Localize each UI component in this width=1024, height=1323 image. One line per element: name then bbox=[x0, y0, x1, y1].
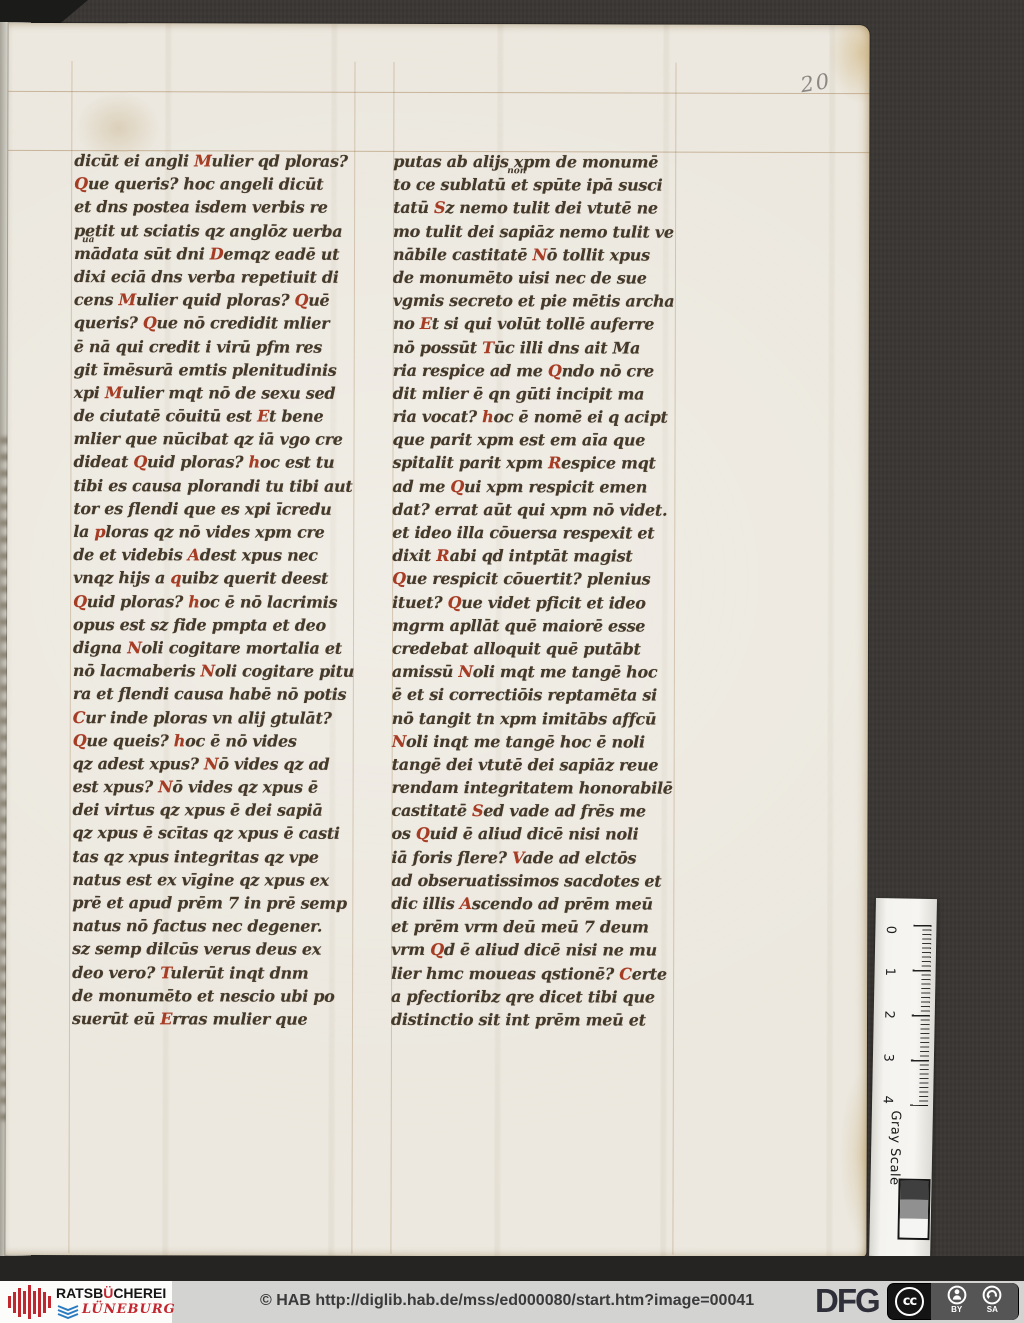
manuscript-line: Que queris? hoc angeli dicūt bbox=[74, 172, 356, 196]
manuscript-line: qz xpus ē scītas qz xpus ē casti bbox=[72, 821, 354, 845]
rubricated-letter: Q bbox=[73, 592, 87, 611]
rubricated-letter: N bbox=[158, 777, 172, 796]
right-text-column: putas ab alijs xpm de monumēto ce sublat… bbox=[391, 150, 675, 1037]
left-text-column: dicūt ei angli Mulier qd ploras?Que quer… bbox=[72, 149, 356, 1036]
manuscript-line: vnqz hijs a quibz querit deest bbox=[73, 566, 355, 590]
manuscript-line: cens Mulier quid ploras? Quē bbox=[74, 288, 356, 312]
ratsbuecherei-bars-icon bbox=[8, 1285, 51, 1319]
ruler-tick-marks bbox=[910, 925, 931, 1106]
manuscript-page: 20 dicūt ei angli Mulier qd ploras?Que q… bbox=[5, 23, 869, 1257]
manuscript-line: tas qz xpus integritas qz vpe bbox=[72, 845, 354, 869]
cc-license-badge: cc BY SA bbox=[888, 1284, 1018, 1319]
manuscript-line: opus est sz fide pmpta et deo bbox=[73, 613, 355, 637]
rubricated-letter: M bbox=[119, 290, 136, 309]
manuscript-line: de et videbis Adest xpus nec bbox=[73, 543, 355, 567]
manuscript-line: petit ut sciatis qz anglōz uerba bbox=[74, 219, 356, 243]
page-bottom-shadow bbox=[0, 1256, 1024, 1281]
manuscript-line: que parit xpm est em aīa que bbox=[392, 428, 674, 452]
rubricated-letter: N bbox=[127, 638, 141, 657]
rubricated-letter: Q bbox=[73, 731, 87, 750]
manuscript-line: tatū Sz nemo tulit dei vtutē ne bbox=[393, 196, 675, 220]
manuscript-line: dixi eciā dns verba repetiuit di bbox=[74, 265, 356, 289]
dfg-logo: DFG bbox=[815, 1282, 879, 1320]
copyright-url: © HAB http://diglib.hab.de/mss/ed000080/… bbox=[260, 1292, 754, 1310]
rubricated-letter: Q bbox=[295, 291, 309, 310]
manuscript-line: mgrm apllāt quē maiorē esse bbox=[392, 614, 674, 638]
manuscript-line: ē et si correctiōis reptamēta si bbox=[392, 683, 674, 707]
manuscript-line: vrm Qd ē aliud dicē nisi ne mu bbox=[391, 938, 673, 962]
manuscript-line: mo tulit dei sapiāz nemo tulit ve bbox=[393, 219, 675, 243]
manuscript-line: dit mlier ē qn gūti incipit ma bbox=[393, 382, 675, 406]
manuscript-line: Cur inde ploras vn alij gtulāt? bbox=[73, 706, 355, 730]
cc-icon: cc bbox=[895, 1287, 924, 1316]
manuscript-line: de monumēto et nescio ubi po bbox=[72, 984, 354, 1008]
manuscript-line: lier hmc moueas qstionē? Certe bbox=[391, 961, 673, 985]
manuscript-line: a pfectioribz qre dicet tibi que bbox=[391, 985, 673, 1009]
manuscript-line: mādata sūt dni Demqz eadē ut bbox=[74, 242, 356, 266]
manuscript-line: dicūt ei angli Mulier qd ploras? bbox=[74, 149, 356, 173]
ruler-number: 0 bbox=[883, 923, 898, 937]
cc-by-module: BY bbox=[947, 1285, 967, 1314]
open-book-icon bbox=[57, 1304, 79, 1319]
rubricated-letter: Q bbox=[143, 314, 157, 333]
manuscript-line: rendam integritatem honorabilē bbox=[392, 776, 674, 800]
rubricated-letter: R bbox=[436, 546, 449, 565]
manuscript-line: putas ab alijs xpm de monumē bbox=[393, 150, 675, 174]
rubricated-letter: S bbox=[472, 801, 483, 820]
manuscript-line: queris? Que nō credidit mlier bbox=[74, 311, 356, 335]
rubricated-letter: E bbox=[160, 1009, 172, 1028]
manuscript-line: vgmis secreto et pie mētis archa bbox=[393, 289, 675, 313]
manuscript-line: est xpus? Nō vides qz xpus ē bbox=[73, 775, 355, 799]
cc-sa-label: SA bbox=[987, 1305, 998, 1314]
manuscript-line: ra et flendi causa habē nō potis bbox=[73, 682, 355, 706]
manuscript-line: dideat Quid ploras? hoc est tu bbox=[73, 450, 355, 474]
manuscript-line: Que respicit cōuertit? plenius bbox=[392, 567, 674, 591]
rubricated-letter: A bbox=[188, 546, 200, 565]
cc-license-modules: BY SA bbox=[931, 1283, 1018, 1320]
manuscript-line: tangē dei vtutē dei sapiāz reue bbox=[392, 753, 674, 777]
cc-by-label: BY bbox=[951, 1305, 962, 1314]
manuscript-line: nābile castitatē Nō tollit xpus bbox=[393, 243, 675, 267]
ruler-number: 1 bbox=[882, 965, 897, 979]
rubricated-letter: h bbox=[188, 592, 199, 611]
rubricated-letter: Q bbox=[416, 824, 430, 843]
library-city: LÜNEBURG bbox=[82, 1302, 176, 1317]
cc-by-person-icon bbox=[947, 1285, 967, 1305]
manuscript-line: no Et si qui volūt tollē auferre bbox=[393, 312, 675, 336]
ruler-number: 3 bbox=[880, 1051, 895, 1065]
rubricated-letter: N bbox=[201, 662, 215, 681]
manuscript-line: et prēm vrm deū meū 7 deum bbox=[391, 915, 673, 939]
rubricated-letter: T bbox=[160, 963, 170, 982]
manuscript-line: iā foris flere? Vade ad elctōs bbox=[391, 846, 673, 870]
manuscript-line: prē et apud prēm 7 in prē semp bbox=[72, 891, 354, 915]
manuscript-line: deo vero? Tulerūt inqt dnm bbox=[72, 961, 354, 985]
gray-scale-label: Gray Scale bbox=[886, 1110, 902, 1185]
rubricated-letter: M bbox=[105, 383, 122, 402]
manuscript-line: et ideo illa cōuersa respexit et bbox=[392, 521, 674, 545]
manuscript-line: dat? errat aūt qui xpm nō videt. bbox=[392, 498, 674, 522]
rubricated-letter: Q bbox=[450, 477, 464, 496]
manuscript-line: qz adest xpus? Nō vides qz ad bbox=[73, 752, 355, 776]
manuscript-line: natus nō factus nec degener. bbox=[72, 914, 354, 938]
manuscript-line: la ploras qz nō vides xpm cre bbox=[73, 520, 355, 544]
rubricated-letter: R bbox=[548, 454, 561, 473]
rubricated-letter: E bbox=[420, 314, 432, 333]
manuscript-line: tor es flendi que es xpi īcredu bbox=[73, 497, 355, 521]
rubricated-letter: S bbox=[434, 198, 445, 217]
manuscript-line: natus est ex vīgine qz xpus ex bbox=[72, 868, 354, 892]
manuscript-line: ad obseruatissimos sacdotes et bbox=[391, 869, 673, 893]
rubricated-letter: A bbox=[460, 894, 472, 913]
rubricated-letter: Q bbox=[392, 569, 406, 588]
manuscript-line: ituet? Que videt pficit et ideo bbox=[392, 590, 674, 614]
manuscript-line: nō possūt Tūc illi dns ait Ma bbox=[393, 335, 675, 359]
manuscript-line: suerūt eū Erras mulier que bbox=[72, 1007, 354, 1031]
rubricated-letter: V bbox=[512, 848, 523, 867]
manuscript-line: de monumēto uisi nec de sue bbox=[393, 266, 675, 290]
ruler-number: 2 bbox=[881, 1008, 896, 1022]
rubricated-letter: E bbox=[257, 407, 269, 426]
manuscript-line: sz semp dilcūs verus deus ex bbox=[72, 937, 354, 961]
rubricated-letter: Q bbox=[74, 174, 88, 193]
rubricated-letter: N bbox=[458, 662, 472, 681]
rubricated-letter: q bbox=[170, 569, 181, 588]
manuscript-line: nō lacmaberis Noli cogitare pitu bbox=[73, 659, 355, 683]
manuscript-line: nō tangit tn xpm imitābs affcū bbox=[392, 706, 674, 730]
gray-scale-patches bbox=[897, 1178, 930, 1240]
ruling-line-vertical bbox=[68, 61, 72, 1253]
manuscript-line: Noli inqt me tangē hoc ē noli bbox=[392, 730, 674, 754]
measuring-ruler: 0 1 2 3 4 Gray Scale bbox=[869, 898, 937, 1257]
interlinear-gloss: non bbox=[507, 166, 526, 176]
manuscript-line: de ciutatē cōuitū est Et bene bbox=[74, 404, 356, 428]
cc-sa-arrow-icon bbox=[982, 1285, 1002, 1305]
manuscript-line: git īmēsurā emtis plenitudinis bbox=[74, 358, 356, 382]
rubricated-letter: D bbox=[210, 244, 224, 263]
cc-sa-module: SA bbox=[982, 1285, 1002, 1314]
rubricated-letter: T bbox=[482, 338, 494, 357]
rubricated-letter: Q bbox=[548, 361, 562, 380]
rubricated-letter: M bbox=[194, 151, 211, 170]
rubricated-letter: Q bbox=[448, 593, 462, 612]
gray-scale-patch bbox=[899, 1219, 927, 1239]
manuscript-line: spitalit parit xpm Respice mqt bbox=[392, 451, 674, 475]
rubricated-letter: h bbox=[174, 731, 185, 750]
rubricated-letter: h bbox=[482, 407, 493, 426]
manuscript-line: castitatē Sed vade ad frēs me bbox=[392, 799, 674, 823]
manuscript-line: dic illis Ascendo ad prēm meū bbox=[391, 892, 673, 916]
manuscript-line: et dns postea isdem verbis re bbox=[74, 195, 356, 219]
gray-scale-patch bbox=[900, 1200, 928, 1220]
rubricated-letter: C bbox=[73, 708, 85, 727]
rubricated-letter: Q bbox=[133, 453, 147, 472]
manuscript-line: dixit Rabi qd intptāt magist bbox=[392, 544, 674, 568]
manuscript-line: ē nā qui credit i virū pfm res bbox=[74, 335, 356, 359]
rubricated-letter: C bbox=[619, 964, 631, 983]
rubricated-letter: N bbox=[532, 245, 546, 264]
rubricated-letter: N bbox=[392, 732, 406, 751]
rubricated-letter: h bbox=[249, 453, 260, 472]
manuscript-line: Que queis? hoc ē nō vides bbox=[73, 729, 355, 753]
rubricated-letter: Q bbox=[430, 940, 444, 959]
manuscript-line: to ce sublatū et spūte ipā susci bbox=[393, 173, 675, 197]
manuscript-line: tibi es causa plorandi tu tibi aut bbox=[73, 474, 355, 498]
ratsbuecherei-logo: RATSBÜCHEREI LÜNEBURG bbox=[0, 1281, 172, 1323]
ruling-line-horizontal bbox=[8, 91, 869, 94]
manuscript-line: mlier que nūcibat qz iā vgo cre bbox=[73, 427, 355, 451]
manuscript-line: ria vocat? hoc ē nomē ei q acipt bbox=[393, 405, 675, 429]
manuscript-line: digna Noli cogitare mortalia et bbox=[73, 636, 355, 660]
interlinear-gloss: ua bbox=[82, 235, 94, 245]
rubricated-letter: N bbox=[204, 754, 218, 773]
gray-scale-patch bbox=[900, 1181, 928, 1201]
manuscript-line: ria respice ad me Qndo nō cre bbox=[393, 359, 675, 383]
library-name: RATSBÜCHEREI bbox=[56, 1285, 166, 1301]
manuscript-line: distinctio sit int prēm meū et bbox=[391, 1008, 673, 1032]
manuscript-line: os Quid ē aliud dicē nisi noli bbox=[391, 822, 673, 846]
manuscript-line: dei virtus qz xpus ē dei sapiā bbox=[73, 798, 355, 822]
folio-number: 20 bbox=[799, 69, 833, 97]
rubricated-letter: p bbox=[94, 522, 105, 541]
manuscript-line: xpi Mulier mqt nō de sexu sed bbox=[74, 381, 356, 405]
footer-bar: RATSBÜCHEREI LÜNEBURG © HAB http://digli… bbox=[0, 1281, 1024, 1323]
manuscript-line: amissū Noli mqt me tangē hoc bbox=[392, 660, 674, 684]
red-umlaut: Ü bbox=[103, 1285, 113, 1301]
ruler-number: 4 bbox=[879, 1093, 894, 1107]
manuscript-line: Quid ploras? hoc ē nō lacrimis bbox=[73, 590, 355, 614]
manuscript-line: credebat alloquit quē putābt bbox=[392, 637, 674, 661]
manuscript-line: ad me Qui xpm respicit emen bbox=[392, 475, 674, 499]
